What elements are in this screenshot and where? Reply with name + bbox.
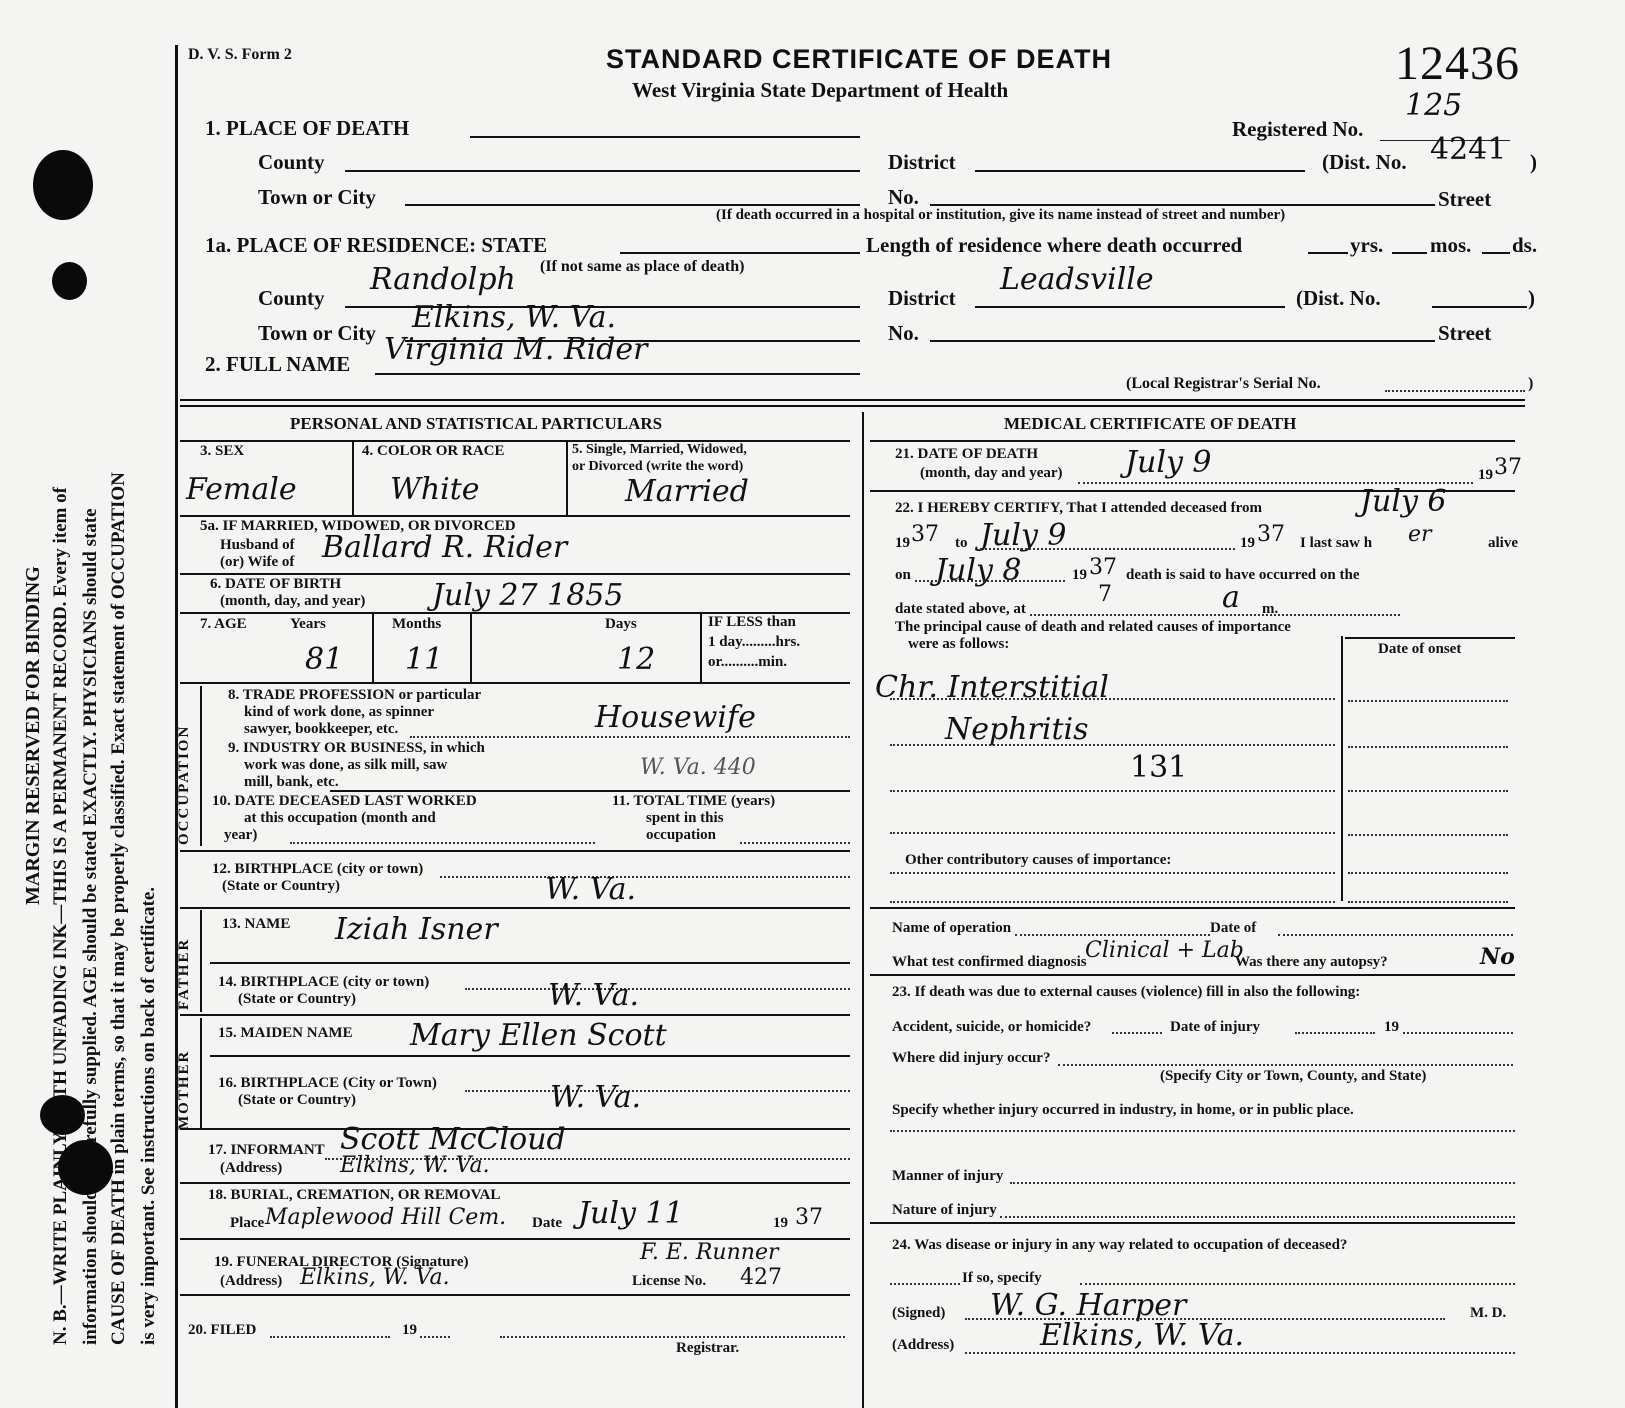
occupation-related-label: 24. Was disease or injury in any way rel…	[892, 1237, 1347, 1254]
filed-label: 20. FILED	[188, 1322, 256, 1339]
dod-year-prefix: 19	[1478, 467, 1493, 484]
length-ds-field[interactable]	[1482, 252, 1510, 254]
sex-label: 3. SEX	[200, 443, 244, 460]
length-mos-field[interactable]	[1392, 252, 1427, 254]
funeral-director-signature[interactable]: F. E. Runner	[640, 1240, 778, 1265]
attended-from-year[interactable]: 37	[911, 522, 939, 547]
last-worked-label-2: at this occupation (month and	[244, 810, 436, 827]
year-prefix: 19	[1240, 535, 1255, 552]
age-years-value[interactable]: 81	[305, 642, 343, 677]
burial-date-label: Date	[532, 1215, 562, 1232]
death-dist-no-label: (Dist. No.	[1322, 150, 1407, 175]
death-county-field[interactable]	[345, 170, 860, 172]
birthplace-value[interactable]: W. Va.	[545, 872, 636, 907]
side-bracket	[200, 1018, 202, 1130]
margin-line-4: is very important. See instructions on b…	[138, 887, 160, 1345]
age-days-value[interactable]: 12	[617, 642, 655, 677]
age-label: 7. AGE	[200, 616, 247, 633]
mother-birthplace-label-2: (State or Country)	[238, 1092, 356, 1109]
length-yrs-field[interactable]	[1308, 252, 1348, 254]
nature-label: Nature of injury	[892, 1202, 997, 1219]
certificate-title: STANDARD CERTIFICATE OF DEATH	[606, 44, 1112, 75]
cell-divider	[566, 440, 568, 515]
ink-blot	[58, 1140, 113, 1195]
trade-label-1: 8. TRADE PROFESSION or particular	[228, 687, 481, 704]
birthplace-label-1: 12. BIRTHPLACE (city or town)	[212, 861, 423, 878]
manner-field[interactable]	[1010, 1182, 1515, 1184]
death-town-label: Town or City	[258, 185, 376, 210]
underline	[1030, 614, 1400, 616]
residence-county-value[interactable]: Randolph	[370, 262, 516, 297]
residence-town-value[interactable]: Elkins, W. Va.	[412, 300, 616, 335]
sex-value[interactable]: Female	[186, 472, 297, 507]
cause-row	[890, 698, 1335, 700]
total-time-field[interactable]	[740, 842, 850, 844]
underline	[440, 876, 850, 878]
ink-blot	[40, 1095, 85, 1135]
certificate-number: 12436	[1395, 36, 1520, 91]
dod-label-1: 21. DATE OF DEATH	[895, 446, 1038, 463]
funeral-address-label: (Address)	[220, 1273, 282, 1290]
residence-district-value[interactable]: Leadsville	[1000, 262, 1154, 297]
full-name-label: 2. FULL NAME	[205, 352, 350, 377]
underline	[375, 373, 860, 375]
filed-date-field[interactable]	[270, 1336, 390, 1338]
last-saw-label: I last saw h	[1300, 535, 1372, 552]
underline	[965, 1352, 1515, 1354]
place-of-death-label: 1. PLACE OF DEATH	[205, 116, 409, 141]
test-label: What test confirmed diagnosis	[892, 954, 1087, 971]
dob-label-1: 6. DATE OF BIRTH	[210, 576, 341, 593]
underline	[465, 988, 850, 990]
residence-town-label: Town or City	[258, 321, 376, 346]
side-bracket	[200, 910, 202, 1012]
industry-label-3: mill, bank, etc.	[244, 774, 339, 791]
marital-value[interactable]: Married	[625, 474, 749, 509]
time-value[interactable]: 7	[1098, 582, 1112, 607]
side-bracket	[200, 686, 202, 846]
if-so-field[interactable]	[1080, 1283, 1515, 1285]
residence-district-label: District	[888, 286, 956, 311]
underline	[915, 580, 1065, 582]
age-months-value[interactable]: 11	[405, 642, 443, 677]
maiden-name-value[interactable]: Mary Ellen Scott	[410, 1018, 667, 1053]
months-label: Months	[392, 616, 441, 633]
rule	[1345, 637, 1515, 639]
onset-field[interactable]	[1348, 700, 1508, 702]
underline	[980, 548, 1235, 550]
dod-year[interactable]: 37	[1494, 455, 1522, 480]
year-prefix: 19	[1072, 567, 1087, 584]
residence-state-field[interactable]	[620, 252, 860, 254]
dod-label-2: (month, day and year)	[920, 465, 1063, 482]
informant-label: 17. INFORMANT	[208, 1142, 325, 1159]
residence-dist-no-label: (Dist. No.	[1296, 286, 1381, 311]
dod-value[interactable]: July 9	[1125, 445, 1212, 480]
cause-label-2: were as follows:	[908, 636, 1009, 653]
ink-blot	[33, 150, 93, 220]
total-time-label-1: 11. TOTAL TIME (years)	[612, 793, 775, 810]
less-than-label-3: or..........min.	[708, 654, 787, 671]
cause-row[interactable]	[890, 790, 1335, 792]
rule	[180, 515, 850, 517]
spouse-label-2: Husband of	[220, 537, 295, 554]
death-street-label: Street	[1438, 187, 1491, 212]
last-worked-field[interactable]	[290, 842, 595, 844]
paren-close: )	[1530, 150, 1537, 175]
residence-street-label: Street	[1438, 321, 1491, 346]
accident-field[interactable]	[1112, 1032, 1162, 1034]
cell-divider	[352, 440, 354, 515]
burial-year-value[interactable]: 37	[795, 1205, 823, 1230]
rule	[210, 1055, 850, 1057]
onset-label: Date of onset	[1378, 641, 1461, 658]
personal-section-title: PERSONAL AND STATISTICAL PARTICULARS	[290, 414, 662, 434]
onset-divider	[1341, 636, 1343, 901]
certificate-subtitle: West Virginia State Department of Health	[632, 78, 1008, 103]
registrar-field[interactable]	[500, 1336, 845, 1338]
onset-field[interactable]	[1348, 872, 1508, 874]
to-label: to	[955, 535, 968, 552]
manner-label: Manner of injury	[892, 1168, 1003, 1185]
autopsy-value[interactable]: No	[1480, 944, 1515, 970]
father-birthplace-value[interactable]: W. Va.	[548, 978, 639, 1013]
where-label: Where did injury occur?	[892, 1050, 1050, 1067]
informant-address-label: (Address)	[220, 1160, 282, 1177]
stated-label: date stated above, at	[895, 601, 1026, 618]
residence-street-field[interactable]	[930, 340, 1435, 342]
paren-close: )	[1528, 286, 1535, 311]
mother-side-label: MOTHER	[176, 1050, 193, 1130]
external-label: 23. If death was due to external causes …	[892, 984, 1360, 1001]
burial-date-value[interactable]: July 11	[578, 1196, 684, 1231]
occupation-related-field[interactable]	[890, 1283, 960, 1285]
operation-field[interactable]	[1015, 934, 1210, 936]
burial-year-prefix: 19	[773, 1215, 788, 1232]
injury-date-field[interactable]	[1295, 1032, 1375, 1034]
margin-binding: MARGIN RESERVED FOR BINDING	[22, 566, 45, 905]
filed-year-prefix: 19	[402, 1322, 417, 1339]
less-than-label-1: IF LESS than	[708, 614, 796, 631]
physician-address-value[interactable]: Elkins, W. Va.	[1040, 1318, 1244, 1353]
occupation-side-label: OCCUPATION	[176, 725, 193, 845]
margin-line-2: information should be carefully supplied…	[80, 508, 102, 1345]
rule	[180, 1294, 850, 1296]
margin-line-3: CAUSE OF DEATH in plain terms, so that i…	[108, 472, 130, 1345]
certify-label: 22. I HEREBY CERTIFY, That I attended de…	[895, 500, 1262, 517]
total-time-label-2: spent in this	[646, 810, 724, 827]
place-of-death-line	[470, 136, 860, 138]
attended-from-value[interactable]: July 6	[1360, 484, 1447, 519]
rule	[870, 440, 1515, 442]
marital-label-2: or Divorced (write the word)	[572, 458, 743, 475]
informant-value[interactable]: Scott McCloud	[340, 1122, 566, 1157]
burial-place-label: Place	[230, 1215, 264, 1232]
onset-field[interactable]	[1348, 901, 1508, 903]
paren-close: )	[1528, 375, 1533, 392]
onset-field[interactable]	[1348, 746, 1508, 748]
operation-date-field[interactable]	[1278, 934, 1513, 936]
cause-row	[890, 744, 1335, 746]
specify-label: Specify whether injury occurred in indus…	[892, 1102, 1354, 1119]
cause-line-2[interactable]: Nephritis	[945, 712, 1089, 747]
serial-no-label: (Local Registrar's Serial No.	[1126, 375, 1321, 392]
dob-value[interactable]: July 27 1855	[432, 578, 623, 613]
last-worked-label-3: year)	[224, 827, 257, 844]
rule	[180, 573, 850, 575]
rule	[180, 850, 850, 852]
mother-birthplace-value[interactable]: W. Va.	[550, 1080, 641, 1115]
section-rule	[180, 399, 1525, 401]
father-side-label: FATHER	[176, 938, 193, 1010]
total-time-label-3: occupation	[646, 827, 716, 844]
cause-label-1: The principal cause of death and related…	[895, 619, 1291, 636]
cell-divider	[372, 612, 374, 682]
spouse-label-3: (or) Wife of	[220, 554, 294, 571]
onset-field[interactable]	[1348, 790, 1508, 792]
hospital-note: (If death occurred in a hospital or inst…	[716, 207, 1285, 224]
residence-county-label: County	[258, 286, 325, 311]
rule	[870, 1222, 1515, 1224]
death-street-field[interactable]	[930, 204, 1435, 206]
father-birthplace-label-1: 14. BIRTHPLACE (city or town)	[218, 974, 429, 991]
father-name-value[interactable]: Iziah Isner	[335, 912, 498, 947]
residence-note: (If not same as place of death)	[540, 258, 744, 275]
trade-label-2: kind of work done, as spinner	[244, 704, 434, 721]
industry-label-1: 9. INDUSTRY OR BUSINESS, in which	[228, 740, 485, 757]
death-dist-no-value[interactable]: 4241	[1430, 132, 1506, 167]
residence-label: 1a. PLACE OF RESIDENCE: STATE	[205, 233, 547, 258]
injury-date-label: Date of injury	[1170, 1019, 1260, 1036]
contributory-row[interactable]	[890, 872, 1335, 874]
rule	[870, 974, 1515, 976]
license-no-value[interactable]: 427	[740, 1265, 782, 1290]
autopsy-label: Was there any autopsy?	[1235, 954, 1388, 971]
onset-field[interactable]	[1348, 834, 1508, 836]
rule	[330, 790, 850, 792]
cell-divider	[470, 612, 472, 682]
ink-blot	[52, 262, 87, 300]
death-district-field[interactable]	[975, 170, 1305, 172]
nature-field[interactable]	[1000, 1216, 1515, 1218]
mother-birthplace-label-1: 16. BIRTHPLACE (City or Town)	[218, 1075, 437, 1092]
form-id: D. V. S. Form 2	[188, 46, 292, 64]
residence-no-label: No.	[888, 321, 919, 346]
column-divider	[862, 412, 864, 1408]
injury-year-field[interactable]	[1403, 1032, 1513, 1034]
death-occurred-label: death is said to have occurred on the	[1126, 567, 1359, 584]
registered-no-label: Registered No.	[1232, 117, 1363, 142]
rule	[210, 962, 850, 964]
death-county-label: County	[258, 150, 325, 175]
signed-label: (Signed)	[892, 1305, 945, 1322]
on-label: on	[895, 567, 911, 584]
last-saw-year[interactable]: 37	[1089, 555, 1117, 580]
industry-value[interactable]: W. Va. 440	[640, 755, 756, 780]
race-label: 4. COLOR OR RACE	[362, 443, 505, 460]
rule	[870, 907, 1515, 909]
years-label: Years	[290, 616, 326, 633]
full-name-value[interactable]: Virginia M. Rider	[384, 332, 647, 367]
rule	[180, 1014, 850, 1016]
rule	[180, 682, 850, 684]
accident-label: Accident, suicide, or homicide?	[892, 1019, 1091, 1036]
funeral-address-value[interactable]: Elkins, W. Va.	[300, 1265, 450, 1290]
father-name-label: 13. NAME	[222, 916, 290, 933]
father-birthplace-label-2: (State or Country)	[238, 991, 356, 1008]
cause-row[interactable]	[890, 832, 1335, 834]
underline	[410, 736, 850, 738]
industry-label-2: work was done, as silk mill, saw	[244, 757, 447, 774]
where-field[interactable]	[1058, 1064, 1513, 1066]
margin-line-1: N. B.—WRITE PLAINLY, WITH UNFADING INK—T…	[50, 487, 72, 1345]
last-saw-date[interactable]: July 8	[935, 553, 1022, 588]
rule	[180, 1182, 850, 1184]
operation-label: Name of operation	[892, 920, 1011, 937]
rule	[180, 907, 850, 909]
underline	[465, 1090, 850, 1092]
filed-year-field[interactable]	[420, 1336, 450, 1338]
injury-year-prefix: 19	[1384, 1019, 1399, 1036]
birthplace-label-2: (State or Country)	[222, 878, 340, 895]
dob-label-2: (month, day, and year)	[220, 593, 365, 610]
burial-place-value[interactable]: Maplewood Hill Cem.	[265, 1205, 506, 1230]
attended-to-year[interactable]: 37	[1257, 522, 1285, 547]
mos-label: mos.	[1430, 233, 1471, 258]
contributory-label: Other contributory causes of importance:	[905, 852, 1171, 869]
operation-date-label: Date of	[1210, 920, 1256, 937]
ds-label: ds.	[1512, 233, 1537, 258]
death-district-label: District	[888, 150, 956, 175]
last-saw-pronoun[interactable]: er	[1408, 522, 1432, 547]
registered-no-value[interactable]: 125	[1405, 88, 1462, 123]
where-note: (Specify City or Town, County, and State…	[1160, 1068, 1426, 1085]
death-town-field[interactable]	[405, 204, 860, 206]
informant-address-value[interactable]: Elkins, W. Va.	[340, 1153, 490, 1178]
if-so-label: If so, specify	[962, 1270, 1042, 1287]
alive-label: alive	[1488, 535, 1518, 552]
less-than-label-2: 1 day.........hrs.	[708, 634, 800, 651]
burial-label: 18. BURIAL, CREMATION, OR REMOVAL	[208, 1187, 500, 1204]
serial-no-field[interactable]	[1385, 390, 1525, 392]
ampm-value[interactable]: a	[1222, 580, 1240, 615]
md-label: M. D.	[1470, 1305, 1506, 1322]
maiden-name-label: 15. MAIDEN NAME	[218, 1025, 353, 1042]
cell-divider	[700, 612, 702, 682]
race-value[interactable]: White	[390, 472, 480, 507]
trade-value[interactable]: Housewife	[595, 700, 756, 735]
section-rule	[180, 405, 1525, 407]
underline	[975, 306, 1285, 308]
m-label: m.	[1262, 601, 1278, 618]
length-of-residence-label: Length of residence where death occurred	[866, 233, 1242, 258]
year-prefix: 19	[895, 535, 910, 552]
test-value[interactable]: Clinical + Lab	[1085, 938, 1244, 963]
rule	[180, 440, 850, 442]
marital-label-1: 5. Single, Married, Widowed,	[572, 441, 747, 458]
specify-field[interactable]	[890, 1130, 1515, 1132]
cause-code: 131	[1130, 750, 1187, 785]
registrar-label: Registrar.	[676, 1340, 739, 1357]
trade-label-3: sawyer, bookkeeper, etc.	[244, 721, 398, 738]
days-label: Days	[605, 616, 637, 633]
medical-section-title: MEDICAL CERTIFICATE OF DEATH	[1004, 414, 1296, 434]
yrs-label: yrs.	[1350, 233, 1383, 258]
residence-dist-no-field[interactable]	[1432, 306, 1527, 308]
license-no-label: License No.	[632, 1273, 706, 1290]
physician-address-label: (Address)	[892, 1337, 954, 1354]
contributory-row[interactable]	[890, 901, 1335, 903]
spouse-value[interactable]: Ballard R. Rider	[322, 530, 567, 565]
last-worked-label-1: 10. DATE DECEASED LAST WORKED	[212, 793, 477, 810]
